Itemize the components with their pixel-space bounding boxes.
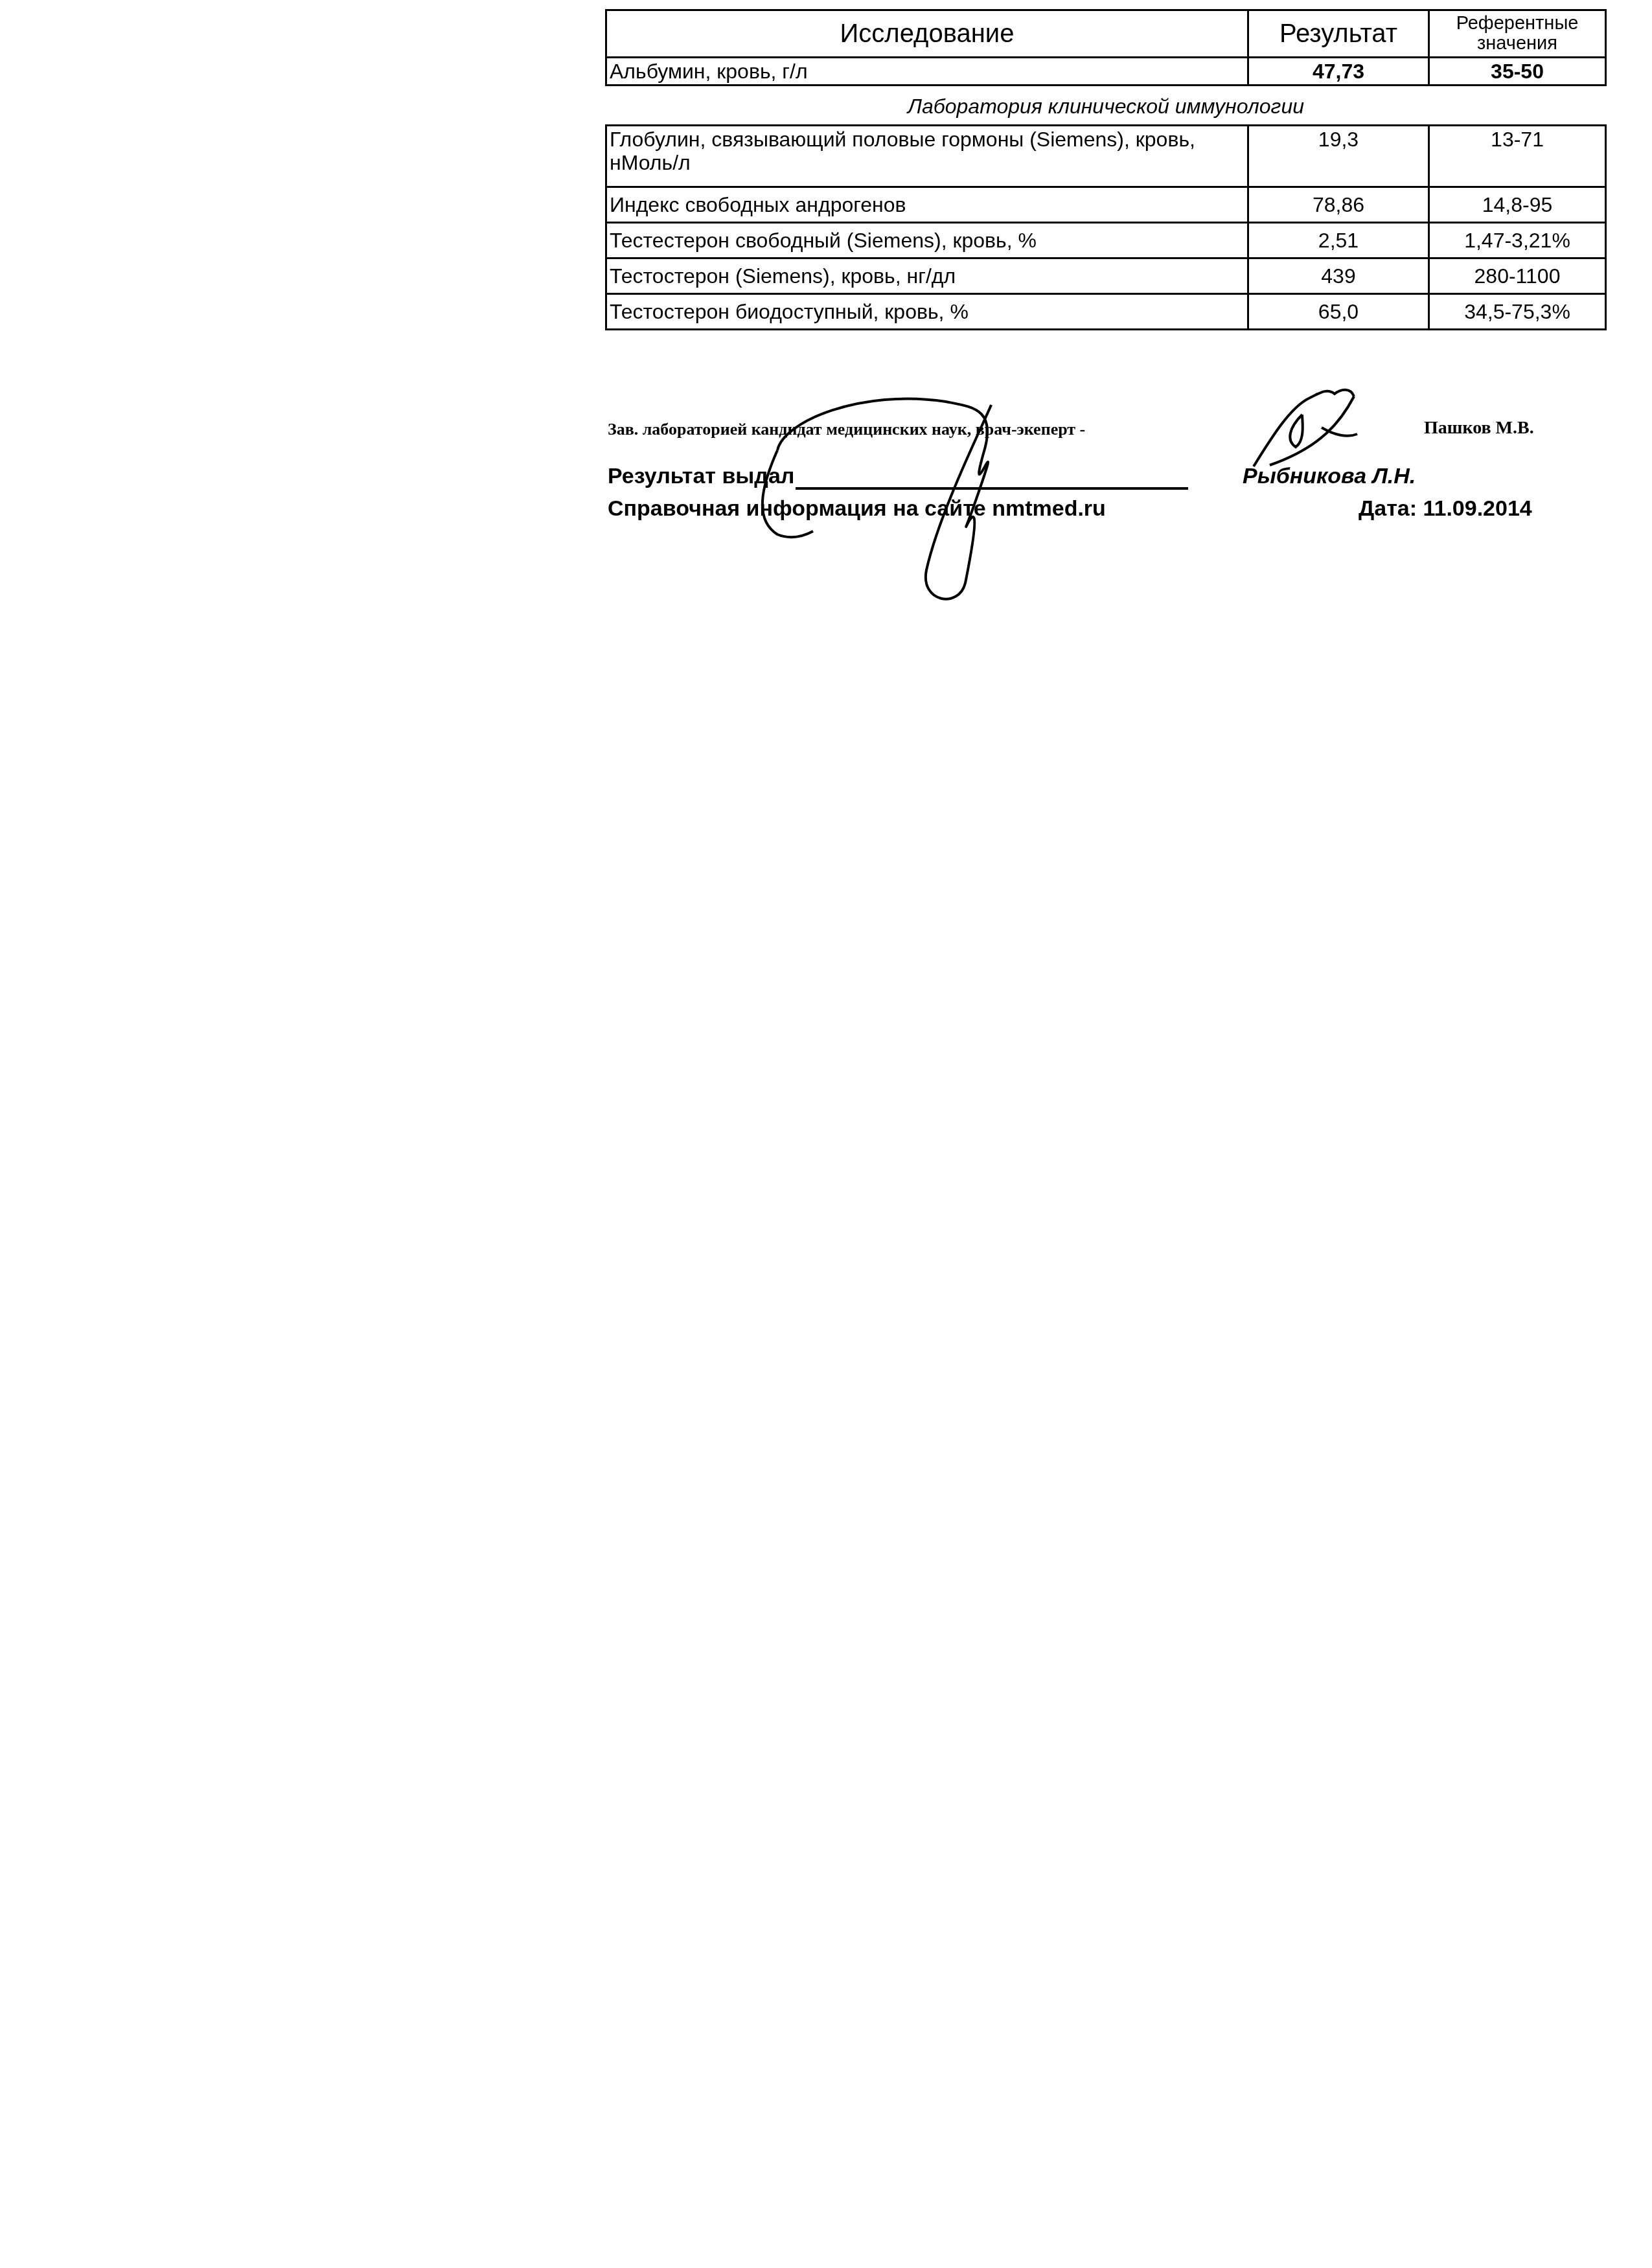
signature-head-icon — [1254, 390, 1357, 466]
handwritten-signatures — [0, 0, 1652, 2268]
signature-issuer-icon — [763, 398, 991, 599]
